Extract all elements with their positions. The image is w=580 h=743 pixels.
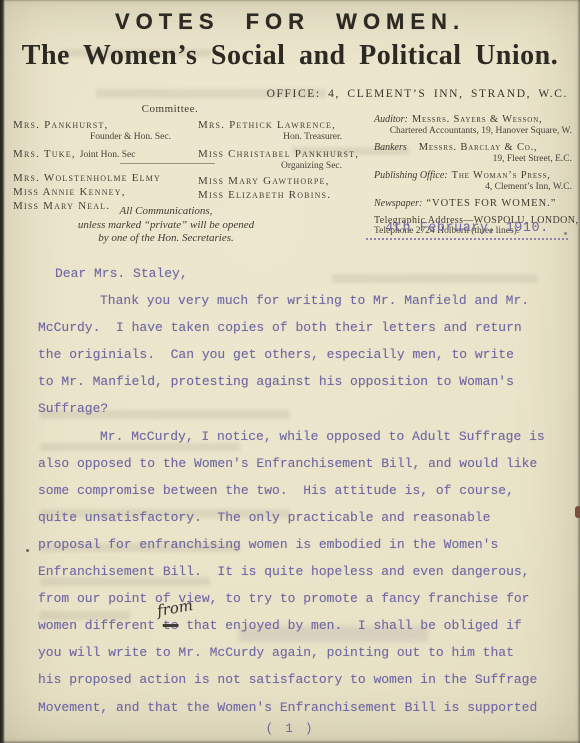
communications-note: All Communications, unless marked “priva… [55,205,277,246]
publishing-office-value: The Woman’s Press, [452,170,551,181]
masthead-title: VOTES FOR WOMEN. [0,9,580,35]
committee-member-name: Mrs. Tuke, [13,148,76,160]
letter-line: the originials. Can you get others, espe… [38,341,558,368]
office-details-column: Auditor: Messrs. Sayers & Wesson, Charte… [374,113,572,237]
bankers-label: Bankers [374,142,407,153]
letter-line: to Mr. Manfield, protesting against his … [38,368,558,395]
organization-name: The Women’s Social and Political Union. [0,40,580,72]
letter-text: that enjoyed by men. I shall be obliged … [178,618,521,633]
committee-column-mid: Mrs. Pethick Lawrence, Hon. Treasurer. M… [198,118,348,176]
date-field: 4th February, 1910. [366,221,568,240]
committee-column-mid-group2: Miss Mary Gawthorpe, Miss Elizabeth Robi… [198,174,348,202]
committee-member-role: Hon. Treasurer. [198,132,348,143]
auditor-address: Chartered Accountants, 19, Hanover Squar… [374,126,572,137]
letter-line: his proposed action is not satisfactory … [38,666,558,693]
scan-edge-top [0,0,580,2]
letter-body: Dear Mrs. Staley, Thank you very much fo… [38,260,558,721]
publishing-office-address: 4, Clement’s Inn, W.C. [374,182,572,193]
newspaper-label: Newspaper: [374,198,422,209]
letter-line: from our point of view, to try to promot… [38,585,558,612]
letter-line: Thank you very much for writing to Mr. M… [38,287,558,314]
letter-page: VOTES FOR WOMEN. The Women’s Social and … [0,0,580,743]
letter-line-with-correction: women different tofrom that enjoyed by m… [38,612,558,639]
committee-member-role: Founder & Hon. Sec. [13,132,185,143]
letter-line: McCurdy. I have taken copies of both the… [38,314,558,341]
committee-member-name: Mrs. Pethick Lawrence, [198,119,336,131]
committee-member-name: Miss Mary Gawthorpe, [198,175,330,187]
committee-member-role: Joint Hon. Sec [80,150,136,160]
ink-speck [26,549,29,552]
committee-member-role: Organizing Sec. [198,161,348,172]
letter-line: Movement, and that the Women's Enfranchi… [38,694,558,721]
letter-line: proposal for enfranchising women is embo… [38,531,558,558]
salutation: Dear Mrs. Staley, [38,260,558,287]
auditor-value: Messrs. Sayers & Wesson, [412,114,543,125]
letter-line: Enfranchisement Bill. It is quite hopele… [38,558,558,585]
committee-member-name: Miss Elizabeth Robins. [198,189,331,201]
page-number: ( 1 ) [0,721,580,736]
office-address: OFFICE: 4, CLEMENT’S INN, STRAND, W.C. [267,88,568,100]
letter-line: you will write to Mr. McCurdy again, poi… [38,639,558,666]
auditor-label: Auditor: [374,114,408,125]
committee-column-left: Mrs. Pankhurst, Founder & Hon. Sec. Mrs.… [13,118,185,162]
committee-member-name: Mrs. Pankhurst, [13,119,109,131]
committee-heading: Committee. [0,103,340,115]
letter-line: some compromise between the two. His att… [38,477,558,504]
publishing-office-label: Publishing Office: [374,170,448,181]
ink-speck [575,506,580,518]
committee-member-name: Miss Christabel Pankhurst, [198,148,359,160]
committee-member-name: Mrs. Wolstenholme Elmy [13,172,161,184]
bankers-address: 19, Fleet Street, E.C. [374,154,572,165]
bankers-value: Messrs. Barclay & Co., [419,142,538,153]
communications-note-line: All Communications, [55,205,277,219]
communications-note-line: unless marked “private” will be opened [55,219,277,233]
struck-word-wrap: tofrom [163,612,179,639]
letter-line: Mr. McCurdy, I notice, while opposed to … [38,423,558,450]
communications-note-line: by one of the Hon. Secretaries. [55,232,277,246]
letter-line: quite unsatisfactory. The only practicab… [38,504,558,531]
newspaper-value: “VOTES FOR WOMEN.” [426,198,556,209]
letter-line: Suffrage? [38,395,558,422]
committee-member-name: Miss Annie Kenney, [13,186,126,198]
letter-text: women different [38,618,163,633]
letter-line: also opposed to the Women's Enfranchisem… [38,450,558,477]
